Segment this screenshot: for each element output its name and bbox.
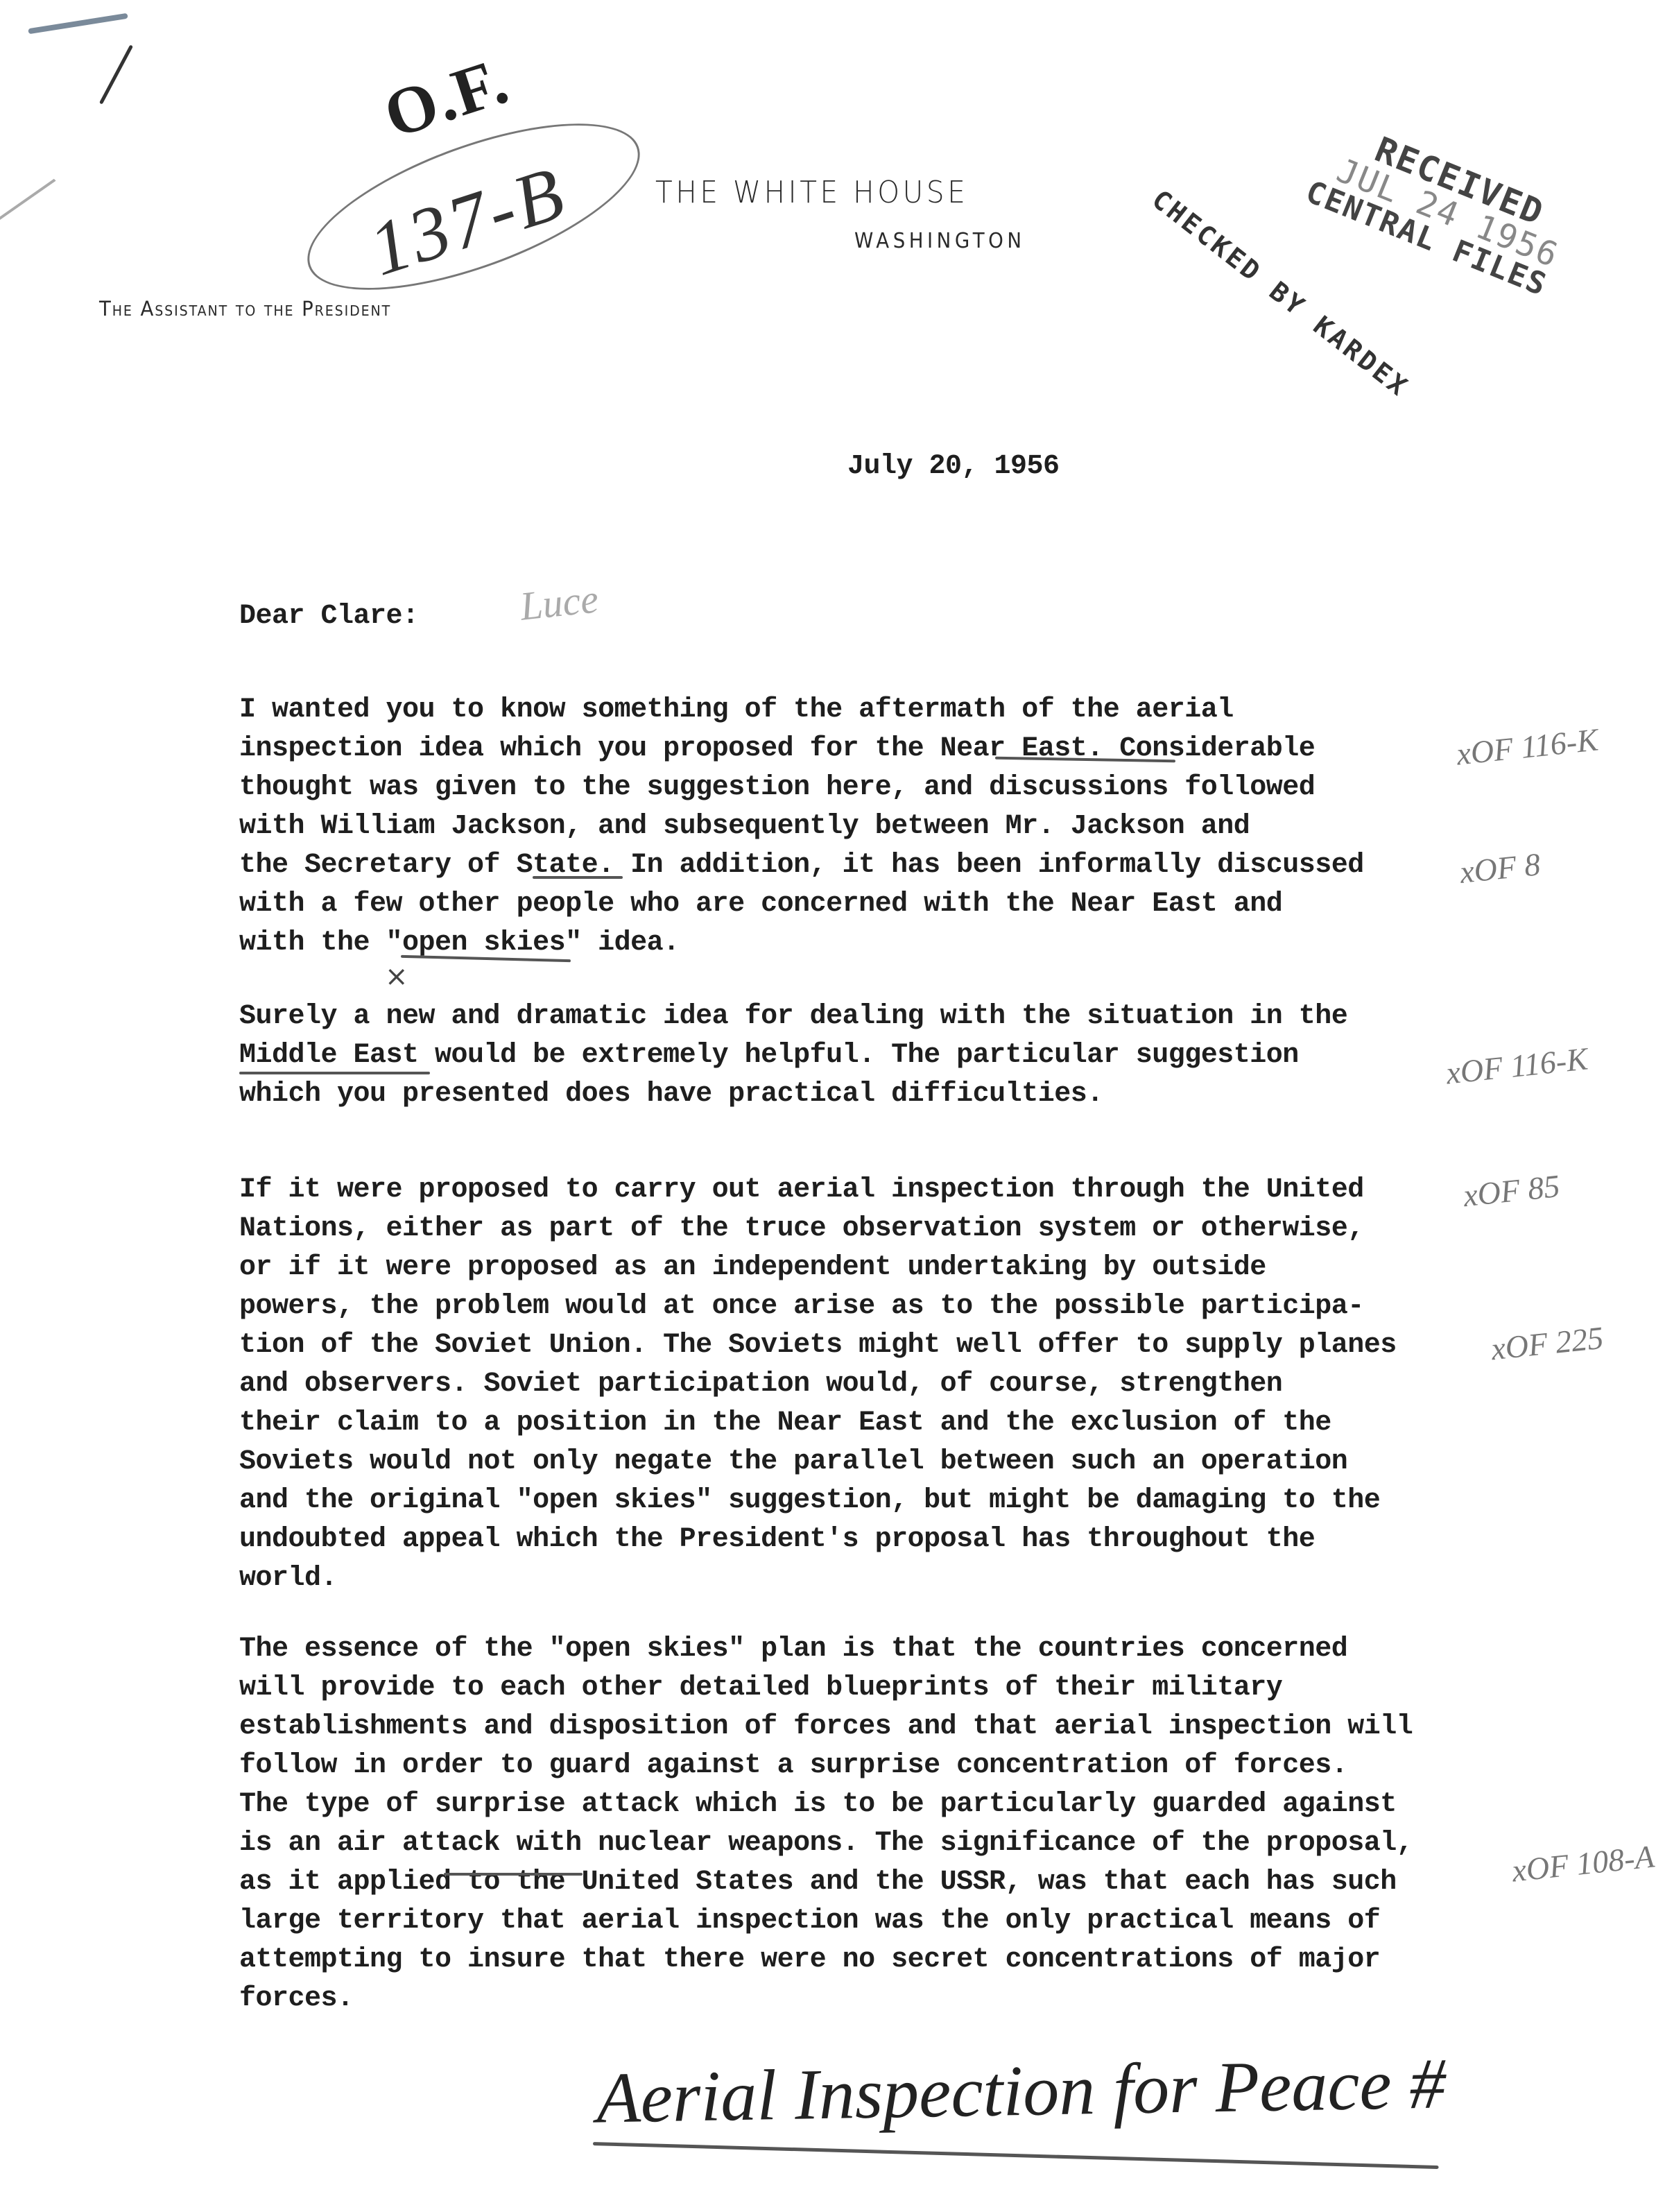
text-line: forces. <box>239 1980 1557 2018</box>
text-line: Soviets would not only negate the parall… <box>239 1443 1557 1482</box>
text-line: Middle East would be extremely helpful. … <box>239 1036 1557 1075</box>
text-line: which you presented does have practical … <box>239 1075 1557 1114</box>
text-line: large territory that aerial inspection w… <box>239 1902 1557 1941</box>
text-line: and observers. Soviet participation woul… <box>239 1365 1557 1404</box>
letter-date: July 20, 1956 <box>847 451 1060 482</box>
text-line: The type of surprise attack which is to … <box>239 1785 1557 1824</box>
text-line: If it were proposed to carry out aerial … <box>239 1171 1557 1210</box>
text-line: world. <box>239 1559 1557 1598</box>
text-line: or if it were proposed as an independent… <box>239 1249 1557 1287</box>
text-line: inspection idea which you proposed for t… <box>239 730 1557 769</box>
paragraph-2: Surely a new and dramatic idea for deali… <box>239 997 1557 1114</box>
text-line: tion of the Soviet Union. The Soviets mi… <box>239 1326 1557 1365</box>
text-line: follow in order to guard against a surpr… <box>239 1747 1557 1785</box>
handwritten-subject-title: Aerial Inspection for Peace # <box>596 2042 1446 2139</box>
text-line: with a few other people who are concerne… <box>239 885 1557 924</box>
pen-slash-mark <box>99 44 133 104</box>
salutation-handwritten-note: Luce <box>518 575 601 629</box>
text-line: attempting to insure that there were no … <box>239 1941 1557 1980</box>
letterhead-office: The Assistant to the President <box>99 297 391 320</box>
salutation: Dear Clare: <box>239 601 419 632</box>
text-line: I wanted you to know something of the af… <box>239 691 1557 730</box>
text-line: Nations, either as part of the truce obs… <box>239 1210 1557 1249</box>
text-line: with William Jackson, and subsequently b… <box>239 807 1557 846</box>
text-line: the Secretary of State. In addition, it … <box>239 846 1557 885</box>
letterhead-subtitle: WASHINGTON <box>854 229 1026 253</box>
received-stamp: RECEIVED JUL 24 1956 CENTRAL FILES <box>1347 132 1577 301</box>
underline-middle-east <box>239 1072 430 1074</box>
text-line: undoubted appeal which the President's p… <box>239 1520 1557 1559</box>
pen-mark <box>28 13 128 35</box>
underline-state <box>533 876 623 879</box>
text-line: their claim to a position in the Near Ea… <box>239 1404 1557 1443</box>
handwritten-title-underline <box>593 2142 1439 2169</box>
paragraph-3: If it were proposed to carry out aerial … <box>239 1171 1557 1598</box>
check-mark-icon <box>0 125 56 243</box>
text-line: The essence of the "open skies" plan is … <box>239 1630 1557 1669</box>
text-line: thought was given to the suggestion here… <box>239 769 1557 807</box>
paragraph-4: The essence of the "open skies" plan is … <box>239 1630 1557 2018</box>
text-line: powers, the problem would at once arise … <box>239 1287 1557 1326</box>
x-mark: × <box>385 961 408 993</box>
text-line: will provide to each other detailed blue… <box>239 1669 1557 1708</box>
text-line: Surely a new and dramatic idea for deali… <box>239 997 1557 1036</box>
letterhead-title: THE WHITE HOUSE <box>655 175 968 210</box>
text-line: as it applied to the United States and t… <box>239 1863 1557 1902</box>
underline-nuclear-weapons <box>444 1873 583 1876</box>
text-line: establishments and disposition of forces… <box>239 1708 1557 1747</box>
text-line: is an air attack with nuclear weapons. T… <box>239 1824 1557 1863</box>
text-line: and the original "open skies" suggestion… <box>239 1482 1557 1520</box>
paragraph-1: I wanted you to know something of the af… <box>239 691 1557 963</box>
